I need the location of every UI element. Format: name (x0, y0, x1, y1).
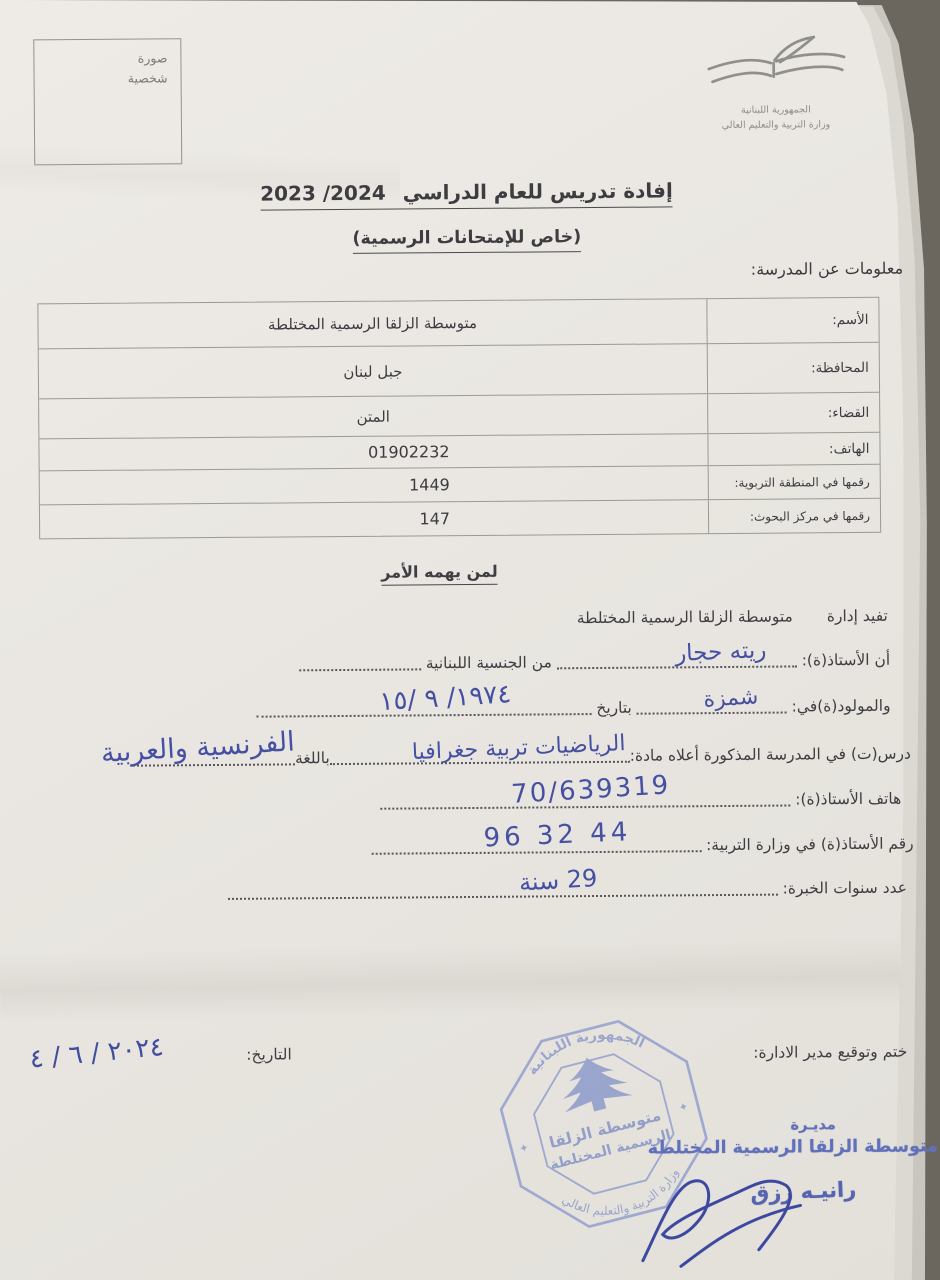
language-handwritten: الفرنسية والعربية (100, 726, 295, 769)
director-school-name: متوسطة الزلقا الرسمية المختلطة (648, 1136, 938, 1158)
school-info-table: الأسم: متوسطة الزلقا الرسمية المختلطة ال… (37, 297, 881, 540)
dotted-filler (299, 655, 421, 671)
experience-field: 29 سنة (228, 881, 778, 900)
row-label: رقمها في مركز البحوث: (708, 499, 880, 533)
ministry-number-line: رقم الأستاذ(ة) في وزارة التربية: 96 32 4… (371, 835, 914, 857)
birth-place-field: شمزة (637, 699, 787, 715)
row-value: متوسطة الزلقا الرسمية المختلطة (38, 307, 706, 340)
document-title: إفادة تدريس للعام الدراسي 2023 /2024 (146, 178, 786, 212)
teacher-name-field: ريته حجار (557, 652, 797, 669)
language-field: الفرنسية والعربية (130, 750, 295, 766)
photo-box-label-line2: شخصية (48, 68, 168, 89)
intro-school-name: متوسطة الزلقا الرسمية المختلطة (577, 607, 793, 627)
school-info-heading: معلومات عن المدرسة: (751, 259, 903, 279)
title-text: إفادة تدريس للعام الدراسي (403, 178, 673, 204)
birth-label: والمولود(ة)في: (787, 697, 891, 716)
row-label: الهاتف: (707, 433, 879, 465)
teacher-name-line: أن الأستاذ(ة): ريته حجار من الجنسية اللب… (299, 651, 890, 674)
document-subtitle: (خاص للإمتحانات الرسمية) (147, 225, 787, 255)
title-school-years: 2023 /2024 (260, 181, 386, 206)
salutation: لمن يهمه الأمر (0, 559, 880, 589)
subject-field: الرياضيات تربية جغرافيا (330, 748, 630, 765)
signature-scribble (622, 1159, 818, 1271)
row-label: رقمها في المنطقة التربوية: (708, 465, 880, 499)
date-handwritten: ٢٠٢٤ / ٦ / ٤ (28, 1025, 242, 1075)
subject-handwritten: الرياضيات تربية جغرافيا (412, 731, 627, 765)
birth-place-handwritten: شمزة (703, 684, 759, 712)
teacher-label: أن الأستاذ(ة): (797, 651, 891, 670)
row-value: 01902232 (39, 435, 707, 469)
subject-line: درس(ت) في المدرسة المذكورة أعلاه مادة:ال… (130, 745, 911, 769)
teacher-phone-field: 70/639319 (380, 791, 790, 809)
stamp-star-right: ✦ (677, 1099, 690, 1115)
table-row: رقمها في مركز البحوث: 147 (40, 498, 880, 539)
intro-line: تفيد إدارةمتوسطة الزلقا الرسمية المختلطة (577, 607, 888, 627)
birth-date-handwritten: ١٩٧٤/ ٩ /١٥ (379, 679, 512, 717)
experience-label: عدد سنوات الخبرة: (778, 879, 907, 898)
document-content: صورة شخصية الجمهورية اللبنانية وزارة الت… (0, 0, 940, 1280)
table-row: رقمها في المنطقة التربوية: 1449 (40, 464, 880, 505)
experience-handwritten: 29 سنة (518, 864, 598, 897)
date-label: التاريخ: (246, 1045, 292, 1063)
teacher-phone-handwritten: 70/639319 (510, 770, 671, 810)
open-book-icon (690, 35, 860, 100)
teacher-phone-line: هاتف الأستاذ(ة): 70/639319 (380, 790, 901, 812)
row-label: القضاء: (707, 393, 879, 433)
stamp-and-signature-label: ختم وتوقيع مدير الادارة: (753, 1043, 907, 1062)
row-label: الأسم: (706, 298, 878, 343)
director-title: مديـرة (790, 1117, 835, 1133)
ministry-number-label: رقم الأستاذ(ة) في وزارة التربية: (701, 835, 914, 855)
ministry-name-line2: وزارة التربية والتعليم العالي (651, 117, 901, 134)
ministry-number-handwritten: 96 32 44 (483, 817, 632, 853)
teacher-name-handwritten: ريته حجار (675, 637, 767, 667)
row-value: جبل لبنان (39, 355, 707, 388)
photo-placeholder-box: صورة شخصية (33, 38, 182, 165)
table-row: القضاء: المتن (39, 392, 879, 439)
table-row: المحافظة: جبل لبنان (39, 342, 879, 399)
experience-line: عدد سنوات الخبرة: 29 سنة (228, 879, 907, 902)
language-label: باللغة (295, 749, 330, 767)
row-value: المتن (39, 400, 707, 433)
nationality-text: من الجنسية اللبنانية (421, 653, 557, 672)
row-value: 147 (40, 502, 708, 536)
teacher-phone-label: هاتف الأستاذ(ة): (790, 790, 901, 809)
birth-line: والمولود(ة)في: شمزة بتاريخ ١٩٧٤/ ٩ /١٥ (256, 697, 890, 720)
row-label: المحافظة: (707, 343, 879, 393)
table-row: الهاتف: 01902232 (39, 432, 879, 471)
photo-box-label-line1: صورة (47, 48, 167, 69)
row-value: 1449 (40, 468, 708, 502)
ministry-logo: الجمهورية اللبنانية وزارة التربية والتعل… (650, 35, 901, 134)
scanned-document-page: صورة شخصية الجمهورية اللبنانية وزارة الت… (0, 0, 940, 1280)
table-row: الأسم: متوسطة الزلقا الرسمية المختلطة (38, 298, 878, 349)
subject-label: درس(ت) في المدرسة المذكورة أعلاه مادة: (630, 745, 911, 765)
intro-prefix: تفيد إدارة (827, 607, 888, 625)
ministry-number-field: 96 32 44 (371, 837, 701, 855)
birth-date-label: بتاريخ (591, 699, 637, 717)
stamp-star-left: ✦ (518, 1140, 531, 1156)
birth-date-field: ١٩٧٤/ ٩ /١٥ (256, 700, 591, 718)
